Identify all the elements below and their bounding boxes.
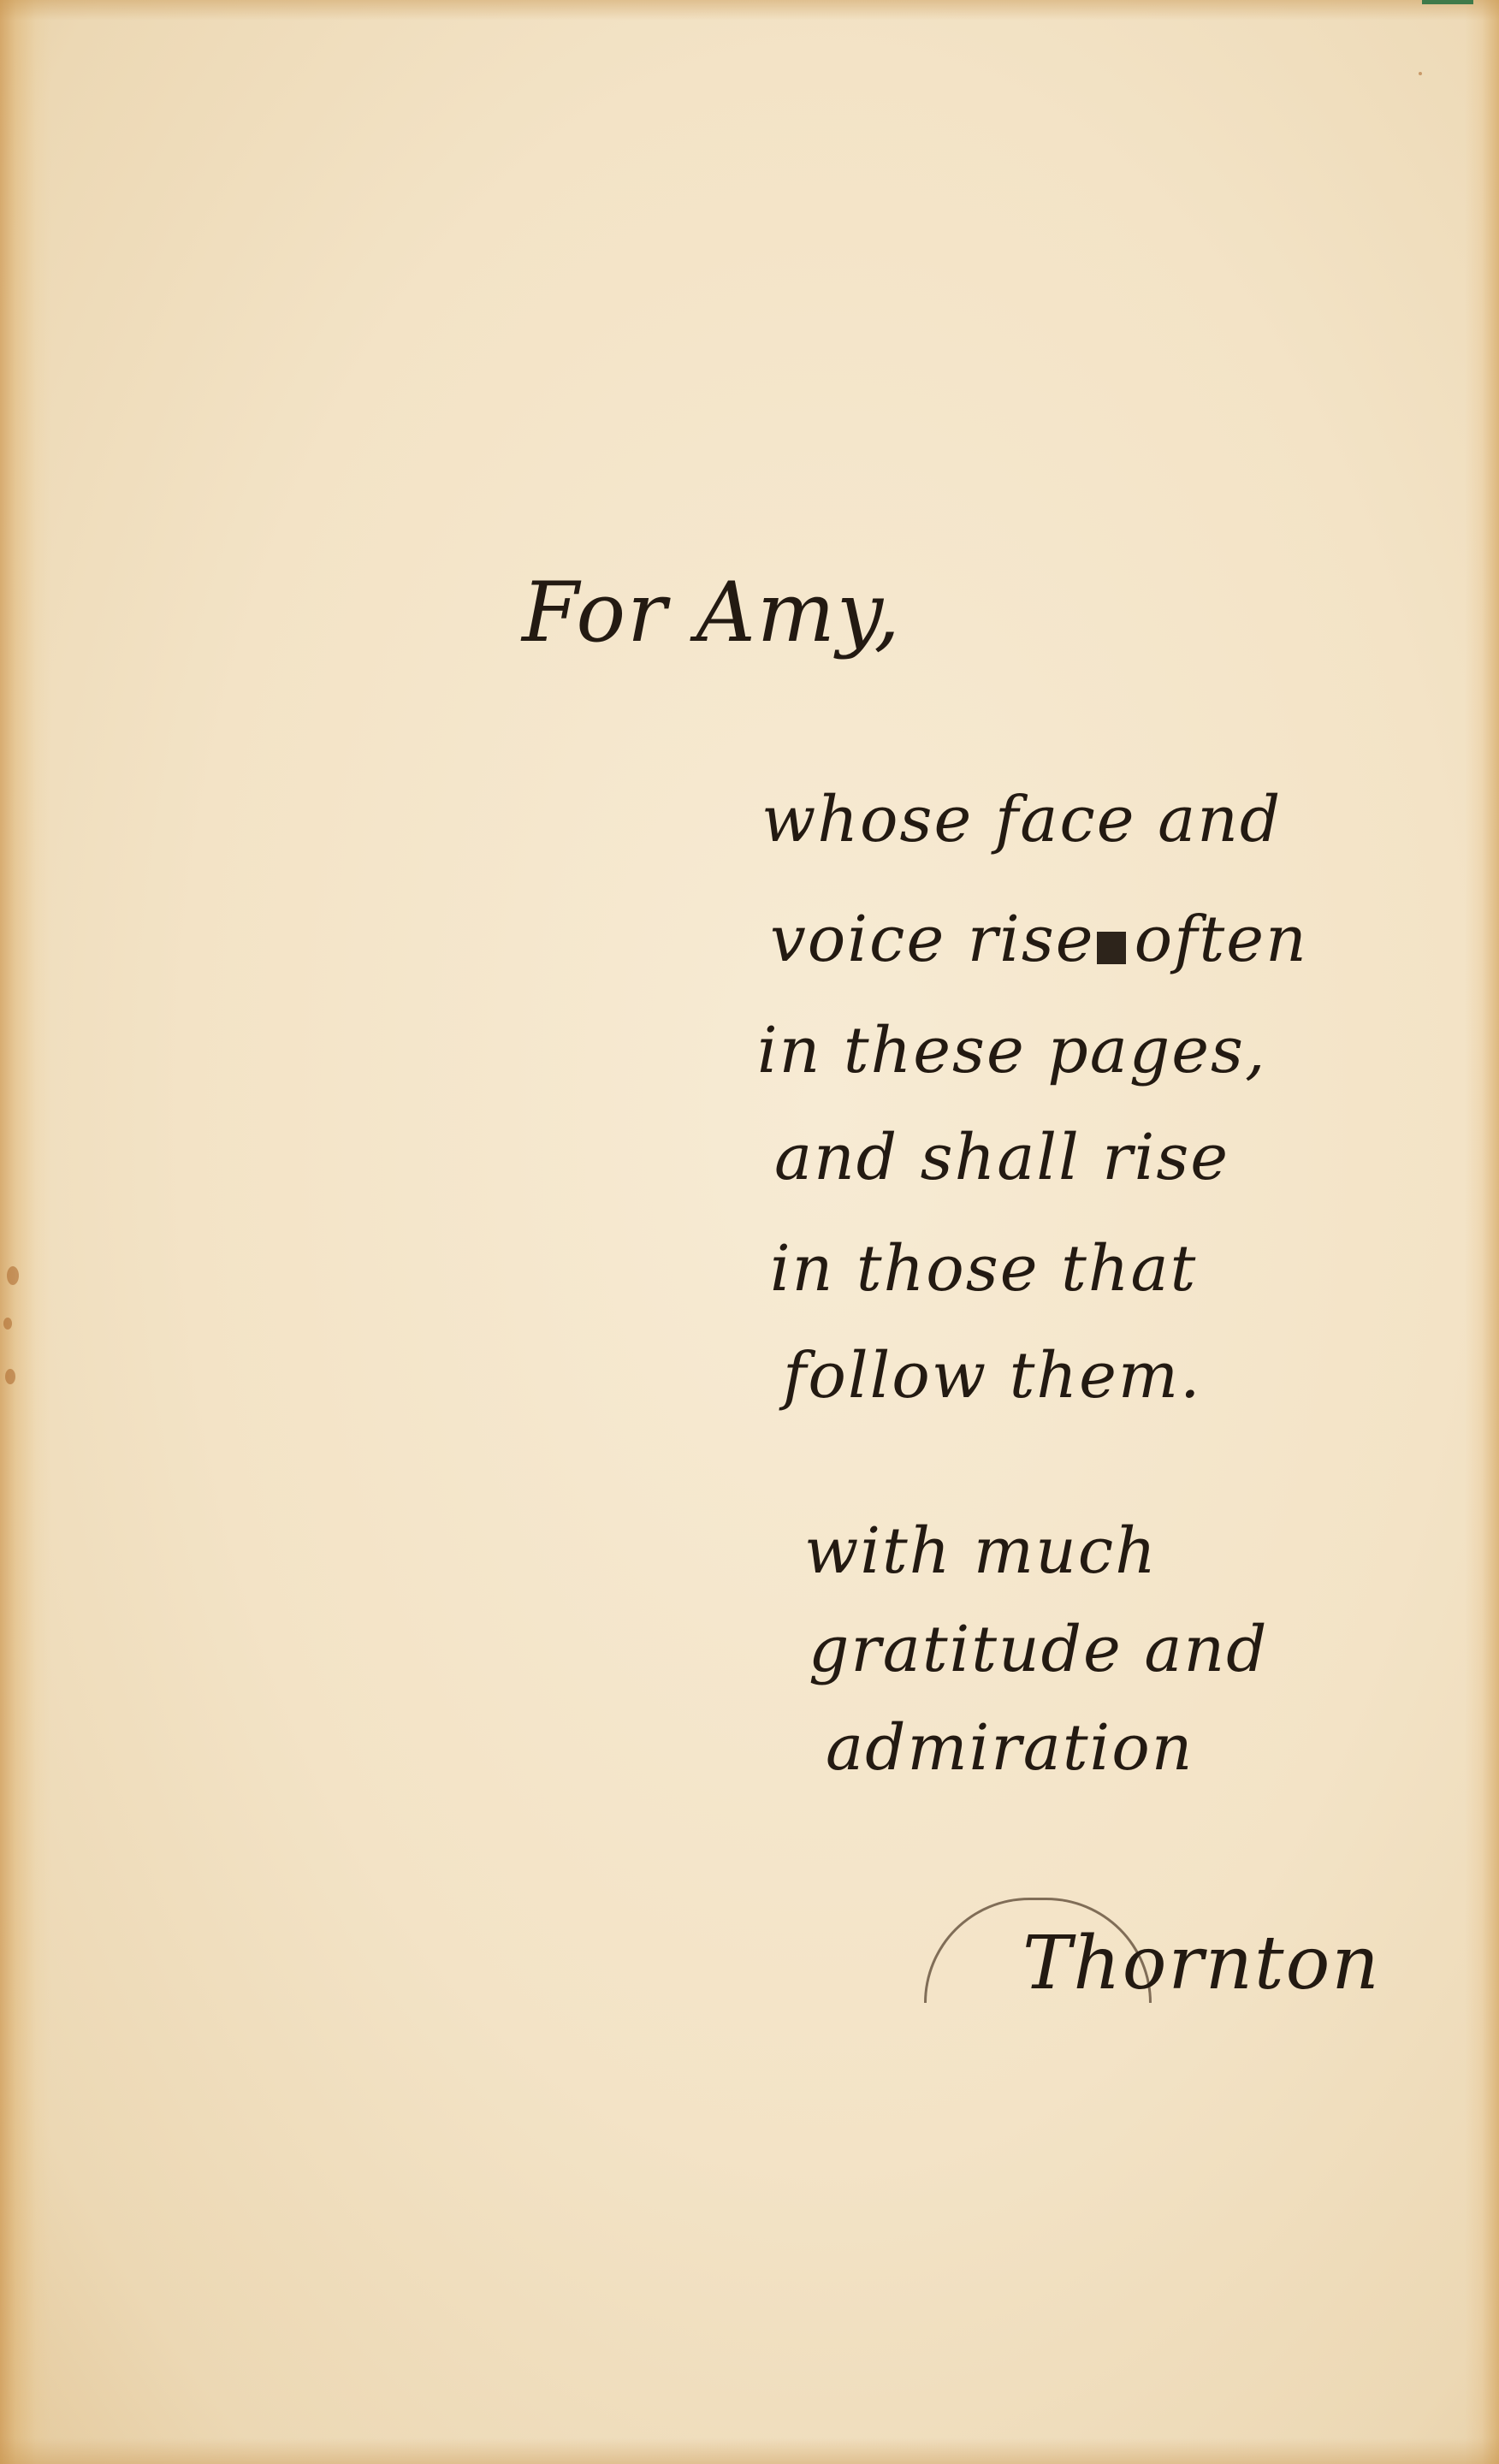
- inscription-text: often: [1135, 903, 1308, 976]
- signature: Thornton: [1022, 1921, 1381, 2006]
- inscription-line: in those that: [770, 1232, 1197, 1306]
- bottom-edge: [0, 2438, 1499, 2464]
- inscription-line: in these pages,: [757, 1014, 1266, 1087]
- foxing-spot: [1419, 72, 1422, 75]
- foxed-left-edge: [0, 0, 51, 2464]
- book-page: For Amy, whose face and voice riseoften …: [0, 0, 1499, 2464]
- top-edge: [0, 0, 1499, 21]
- inscription-line: whose face and: [761, 783, 1282, 856]
- foxing-spot: [3, 1318, 12, 1330]
- browned-right-edge: [1465, 0, 1499, 2464]
- inscription-salutation: For Amy,: [522, 565, 902, 660]
- inscription-line: voice riseoften: [770, 903, 1308, 976]
- closing-line: admiration: [826, 1711, 1194, 1785]
- foxing-spot: [7, 1266, 19, 1285]
- inscription-line: follow them.: [783, 1339, 1202, 1413]
- cover-corner: [1422, 0, 1473, 4]
- inscription-line: and shall rise: [774, 1121, 1229, 1194]
- closing-line: with much: [804, 1514, 1158, 1588]
- inscription-text: voice rise: [770, 903, 1095, 976]
- foxing-spot: [5, 1369, 15, 1384]
- struck-out-word: [1097, 932, 1126, 964]
- closing-line: gratitude and: [809, 1613, 1269, 1686]
